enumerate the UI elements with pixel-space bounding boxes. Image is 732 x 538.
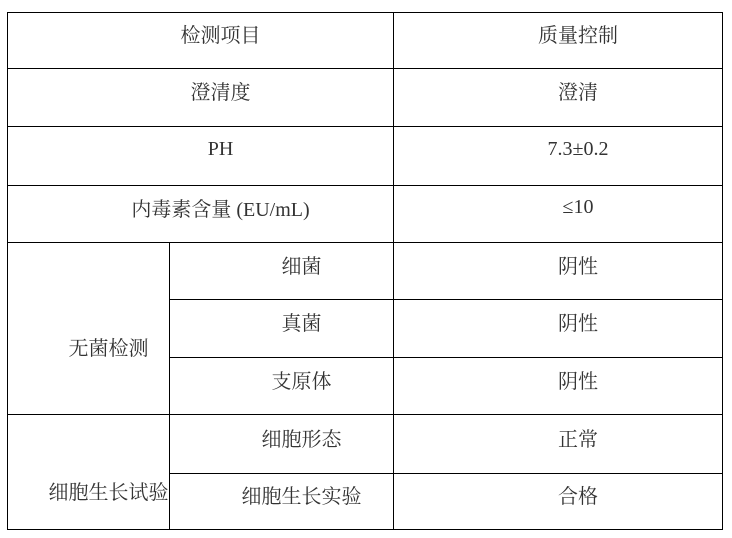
endotoxin-item: 内毒素含量 (EU/mL): [8, 186, 394, 243]
header-test-item: 检测项目: [8, 13, 394, 69]
sterility-group-label: 无菌检测: [8, 243, 170, 415]
cell-morphology-item: 细胞形态: [170, 415, 394, 474]
table-row-sterility-bacteria: 无菌检测 细菌 阴性: [8, 243, 723, 300]
cell-morphology-value: 正常: [394, 415, 723, 474]
table-row-clarity: 澄清度 澄清: [8, 69, 723, 127]
quality-control-table: 检测项目 质量控制 澄清度 澄清 PH 7.3±0.2 内毒素含量 (EU/mL…: [7, 12, 723, 530]
endotoxin-value: ≤10: [394, 186, 723, 243]
cell-growth-test-item: 细胞生长实验: [170, 474, 394, 530]
header-quality-control: 质量控制: [394, 13, 723, 69]
mycoplasma-value: 阴性: [394, 358, 723, 415]
fungi-item: 真菌: [170, 300, 394, 358]
bacteria-item: 细菌: [170, 243, 394, 300]
ph-item: PH: [8, 127, 394, 186]
fungi-value: 阴性: [394, 300, 723, 358]
table-row-cell-morphology: 细胞生长试验 细胞形态 正常: [8, 415, 723, 474]
clarity-value: 澄清: [394, 69, 723, 127]
table-row-ph: PH 7.3±0.2: [8, 127, 723, 186]
ph-value: 7.3±0.2: [394, 127, 723, 186]
table-header-row: 检测项目 质量控制: [8, 13, 723, 69]
clarity-item: 澄清度: [8, 69, 394, 127]
mycoplasma-item: 支原体: [170, 358, 394, 415]
bacteria-value: 阴性: [394, 243, 723, 300]
table-row-endotoxin: 内毒素含量 (EU/mL) ≤10: [8, 186, 723, 243]
cell-growth-test-value: 合格: [394, 474, 723, 530]
cell-growth-group-label: 细胞生长试验: [8, 415, 170, 530]
document-page: 检测项目 质量控制 澄清度 澄清 PH 7.3±0.2 内毒素含量 (EU/mL…: [0, 0, 732, 538]
